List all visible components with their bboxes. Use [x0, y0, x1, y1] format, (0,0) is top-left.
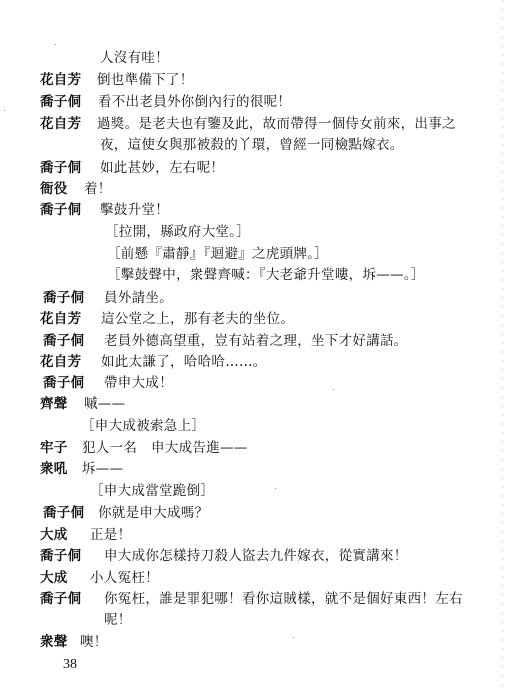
- continuation-line: 人沒有哇！: [0, 48, 514, 68]
- dialogue-line: 花自芳倒也準備下了！: [0, 70, 514, 90]
- dialogue-line: 喬子侗你冤枉，誰是罪犯哪！看你這賊樣，就不是個好東西！左右: [0, 589, 514, 609]
- scan-speck: [275, 488, 276, 489]
- speaker-name: 衆吼: [40, 459, 68, 479]
- stage-direction-line: ［擊鼓聲中，衆聲齊喊：『大老爺升堂嘍，坼——。］: [0, 265, 514, 285]
- speaker-name: 牢子: [40, 438, 68, 458]
- stage-direction-line: ［申大成當堂跪倒］: [0, 481, 514, 501]
- dialogue-line: 喬子侗員外請坐。: [0, 288, 514, 308]
- speaker-name: 大成: [40, 525, 68, 545]
- dialogue-line: 花自芳過獎。是老夫也有鑒及此，故而帶得一個侍女前來，出事之: [0, 114, 514, 134]
- speech-text: 嘁——: [84, 394, 125, 414]
- speaker-name: 喬子侗: [43, 503, 84, 523]
- stage-direction-text: ［拉開，縣政府大堂。］: [105, 222, 250, 242]
- speech-text: 員外請坐。: [104, 288, 173, 308]
- speech-text: 如此甚妙，左右呢！: [100, 158, 224, 178]
- dialogue-line: 喬子侗看不出老員外你倒內行的很呢！: [0, 92, 514, 112]
- speaker-name: 喬子侗: [40, 92, 81, 112]
- speech-text: 老員外德高望重，豈有站着之理，坐下才好講話。: [104, 331, 408, 351]
- stage-direction-text: ［前懸『肅靜』『迴避』之虎頭牌。］: [107, 244, 328, 264]
- speaker-name: 花自芳: [40, 70, 81, 90]
- speech-text: 着！: [84, 179, 112, 199]
- speaker-name: 衙役: [40, 179, 68, 199]
- stage-direction-text: ［申大成當堂跪倒］: [90, 481, 214, 501]
- dialogue-line: 衆吼坼——: [0, 459, 514, 479]
- dialogue-line: 花自芳這公堂之上，那有老夫的坐位。: [0, 309, 514, 329]
- speech-text: 這公堂之上，那有老夫的坐位。: [101, 309, 294, 329]
- dialogue-line: 大成正是！: [0, 525, 514, 545]
- speech-text: 申大成你怎樣持刀殺人盜去九件嫁衣，從實講來！: [104, 546, 408, 566]
- dialogue-line: 花自芳如此太謙了，哈哈哈……。: [0, 352, 514, 372]
- speech-text: 如此太謙了，哈哈哈……。: [101, 352, 267, 372]
- stage-direction-line: ［申大成被索急上］: [0, 416, 514, 436]
- speaker-name: 喬子侗: [43, 373, 84, 393]
- speaker-name: 花自芳: [40, 114, 81, 134]
- speech-text: 帶申大成！: [104, 373, 173, 393]
- stage-direction-text: ［申大成被索急上］: [81, 416, 205, 436]
- dialogue-line: 喬子侗擊鼓升堂！: [0, 200, 514, 220]
- speaker-name: 喬子侗: [40, 158, 81, 178]
- dialogue-line: 喬子侗申大成你怎樣持刀殺人盜去九件嫁衣，從實講來！: [0, 546, 514, 566]
- speech-text: 噢！: [80, 632, 108, 652]
- speech-text: 呢！: [104, 610, 132, 630]
- speaker-name: 喬子侗: [43, 288, 84, 308]
- dialogue-line: 牢子犯人一名 申大成告進——: [0, 438, 514, 458]
- continuation-line: 夜，這使女與那被殺的丫環，曾經一同檢點嫁衣。: [0, 135, 514, 155]
- speech-text: 擊鼓升堂！: [100, 200, 169, 220]
- speech-text: 小人冤枉！: [90, 568, 159, 588]
- dialogue-line: 齊聲嘁——: [0, 394, 514, 414]
- speech-text: 夜，這使女與那被殺的丫環，曾經一同檢點嫁衣。: [100, 135, 404, 155]
- stage-direction-line: ［拉開，縣政府大堂。］: [0, 222, 514, 242]
- scan-speck: [333, 389, 334, 390]
- speech-text: 犯人一名 申大成告進——: [82, 438, 248, 458]
- speaker-name: 衆聲: [40, 632, 68, 652]
- dialogue-line: 喬子侗帶申大成！: [0, 373, 514, 393]
- scan-edge-artifact: [502, 0, 503, 690]
- dialogue-line: 喬子侗如此甚妙，左右呢！: [0, 158, 514, 178]
- speech-text: 倒也準備下了！: [97, 70, 194, 90]
- speech-text: 人沒有哇！: [100, 48, 169, 68]
- speech-text: 正是！: [90, 525, 131, 545]
- speaker-name: 齊聲: [40, 394, 68, 414]
- scanned-page: 人沒有哇！花自芳倒也準備下了！喬子侗看不出老員外你倒內行的很呢！花自芳過獎。是老…: [0, 0, 514, 690]
- page-number: 38: [63, 657, 77, 673]
- scan-speck: [55, 44, 56, 45]
- speaker-name: 喬子侗: [40, 200, 81, 220]
- dialogue-line: 喬子侗你就是申大成嗎？: [0, 503, 514, 523]
- stage-direction-line: ［前懸『肅靜』『迴避』之虎頭牌。］: [0, 244, 514, 264]
- scan-speck: [293, 637, 294, 638]
- speaker-name: 喬子侗: [40, 546, 81, 566]
- scan-speck: [4, 110, 5, 111]
- speech-text: 坼——: [82, 459, 123, 479]
- speech-text: 你冤枉，誰是罪犯哪！看你這賊樣，就不是個好東西！左右: [104, 589, 463, 609]
- speech-text: 看不出老員外你倒內行的很呢！: [98, 92, 291, 112]
- speaker-name: 喬子侗: [43, 331, 84, 351]
- dialogue-line: 衙役着！: [0, 179, 514, 199]
- speech-text: 你就是申大成嗎？: [98, 503, 208, 523]
- stage-direction-text: ［擊鼓聲中，衆聲齊喊：『大老爺升堂嘍，坼——。］: [107, 265, 425, 285]
- speaker-name: 花自芳: [40, 309, 81, 329]
- speech-text: 過獎。是老夫也有鑒及此，故而帶得一個侍女前來，出事之: [97, 114, 456, 134]
- speaker-name: 大成: [40, 568, 68, 588]
- continuation-line: 呢！: [0, 610, 514, 630]
- dialogue-line: 喬子侗老員外德高望重，豈有站着之理，坐下才好講話。: [0, 331, 514, 351]
- speaker-name: 喬子侗: [40, 589, 81, 609]
- dialogue-line: 大成小人冤枉！: [0, 568, 514, 588]
- dialogue-line: 衆聲噢！: [0, 632, 514, 652]
- speaker-name: 花自芳: [40, 352, 81, 372]
